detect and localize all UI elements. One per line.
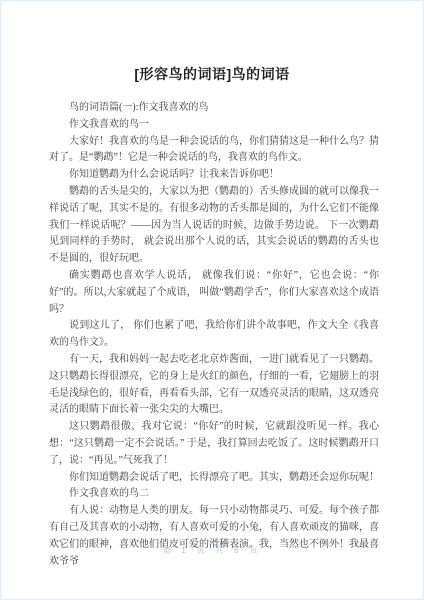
paragraph: 有人说：动物是人类的朋友。每一只小动物都灵巧、可爱。每个孩子都有自己及其喜欢的小… (49, 503, 379, 570)
paragraph: 确实鹦鹉也喜欢学人说话， 就像我们说：“你好”，它也会说：“你好”的。所以,大家… (49, 268, 379, 318)
document-page: [形容鸟的词语]鸟的词语 鸟的词语篇(一):作文我喜欢的鸟作文我喜欢的鸟一大家好… (0, 0, 424, 600)
paragraph: 作文我喜欢的鸟二 (49, 486, 379, 503)
paragraph: 这只鹦鹉很傲，我对它说：“你好”的时候，它就跟没听见一样。我心想：“这只鹦鹉一定… (49, 419, 379, 469)
document-title: [形容鸟的词语]鸟的词语 (1, 64, 423, 84)
paragraph: 作文我喜欢的鸟一 (49, 117, 379, 134)
paragraph: 你们知道鹦鹉会说话了吧，长得漂亮了吧。其实，鹦鹉还会逗你玩呢！ (49, 470, 379, 487)
paragraph: 说到这儿了， 你们也累了吧，我给你们讲个故事吧，作文大全《我喜欢的鸟作文》。 (49, 318, 379, 352)
paragraph: 你知道鹦鹉为什么会说话吗？让我来告诉你吧！ (49, 167, 379, 184)
paragraph: 鹦鹉的舌头是尖的，大家以为把（鹦鹉的）舌头修成圆的就可以像我一样说话了呢，其实不… (49, 184, 379, 268)
paragraph: 有一天，我和妈妈一起去吃老北京炸酱面，一进门就看见了一只鹦鹉。这只鹦鹉长得很漂亮… (49, 352, 379, 419)
paragraph: 鸟的词语篇(一):作文我喜欢的鸟 (49, 100, 379, 117)
paragraph: 大家好！我喜欢的鸟是一种会说话的鸟，你们猜猜这是一种什么鸟？猜对了。是“鹦鹉”！… (49, 134, 379, 168)
document-body: 鸟的词语篇(一):作文我喜欢的鸟作文我喜欢的鸟一大家好！我喜欢的鸟是一种会说话的… (49, 100, 379, 570)
page-number-indicator: 第 1 页 共 6 页 (1, 544, 423, 556)
